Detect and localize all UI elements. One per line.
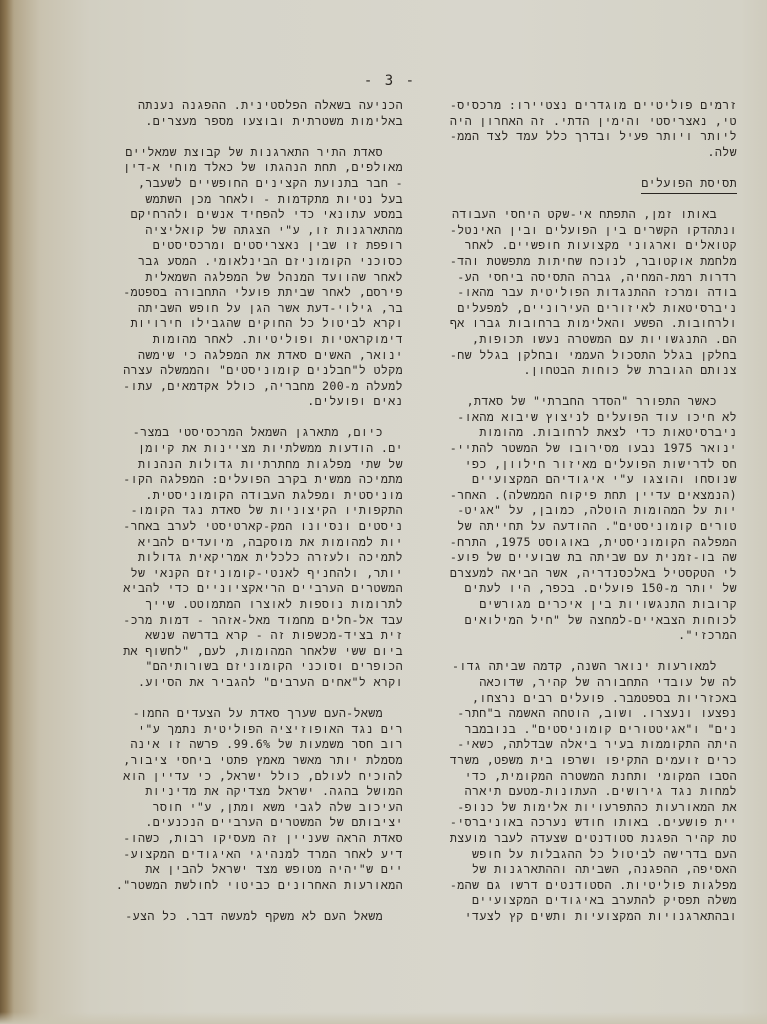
paragraph-line: העם בדרישה לביטול כל ההגבלות על חופש xyxy=(405,847,737,863)
paragraph-line: טת קהיר הפגנת סטודנטים שצעדה לעבר מועצת xyxy=(405,831,737,847)
paragraph-gap xyxy=(95,129,403,145)
paragraph-line: התקפותיו הקיצוניות של סאדת נגד הקומו- xyxy=(95,503,403,519)
paragraph-line: המפלגה הקומוניסטית, באוגוסט 1975, התרח- xyxy=(405,535,737,551)
paragraph-line: רופפת זו שבין נאצריסטים ומרכסיסטים xyxy=(95,238,403,254)
paragraph-line: כסוכני הקומוניזם הבינלאומי. המסע גבר xyxy=(95,254,403,270)
paragraph-line: משלה תפסיק להתערב באיגודים המקצועיים xyxy=(405,893,737,909)
paragraph-line: טורים קומוניסטים". ההודעה על תחייתה של xyxy=(405,519,737,535)
paragraph-line: שנוסחו והוצגו ע"י איגודיהם המקצועיים xyxy=(405,472,737,488)
paragraph-line: ביום ששי שלאחר המהומות, לעם, "לחשוף את xyxy=(95,644,403,660)
paragraph-line: לתמיכה ולעזרה כלכלית אמריקאית גדולות xyxy=(95,550,403,566)
paragraph-gap xyxy=(405,160,737,176)
paragraph-line: פירסם, לאחר שביתת פועלי התחבורה בספטמ- xyxy=(95,285,403,301)
section-heading-row: תסיסת הפועלים xyxy=(405,176,737,192)
paragraph-line: יים ש"יהיה מטופש מצד ישראל להבין את xyxy=(95,862,403,878)
paragraph-line: המרכזי". xyxy=(405,628,737,644)
page-bottom-edge xyxy=(0,1012,767,1024)
paragraph-line: שה בו-זמנית עם שביתה בת שבועיים של פוע- xyxy=(405,550,737,566)
paragraph-line: חס לדרישות הפועלים מאיזור חילוון, כפי xyxy=(405,457,737,473)
paragraph-line: להוכיח לעולם, כולל ישראל, כי עדיין הוא xyxy=(95,769,403,785)
paragraph-line: מאולפים, תחת הנהגתו של כאלד מוחי א-דין xyxy=(95,160,403,176)
paragraph-line: הסבו המקומי ותחנת המשטרה המקומית, כדי xyxy=(405,769,737,785)
paragraph-gap xyxy=(405,379,737,395)
intro-line: טי, נאצריסטי והימין הדתי. זה האחרון היה xyxy=(405,114,737,130)
paragraph-line: היתה התקוממות בעיר ביאלה שבדלתה, כשאי- xyxy=(405,737,737,753)
paragraph-line: ניברסיטאות כדי לצאת לרחובות. מהומות xyxy=(405,425,737,441)
paragraph-line: הכניעה בשאלה הפלסטינית. ההפגנה נענתה xyxy=(95,98,403,114)
paragraph-line: כרים זועמים התקיפו ושרפו בית משפט, משרד xyxy=(405,753,737,769)
paragraph-line: ינואר, האשים סאדת את המפלגה כי שימשה xyxy=(95,348,403,364)
paragraph-gap xyxy=(405,644,737,660)
paragraph-line: באלימות משטרתית ובוצעו מספר מעצרים. xyxy=(95,114,403,130)
paragraph-line: לא חיכו עוד הפועלים לניצוץ שיבוא מהאו- xyxy=(405,410,737,426)
paragraph-line: בחלקן בגלל התסכול העממי ובחלקן בגלל שח- xyxy=(405,348,737,364)
paragraph-line: למאורעות ינואר השנה, קדמה שביתה גדו- xyxy=(405,659,737,675)
paragraph-line: באותו זמן, התפתח אי-שקט היחסי העבודה xyxy=(405,207,737,223)
paragraph-line: האסיפה, ההפגנה, השביתה וההתארגנות של xyxy=(405,862,737,878)
intro-line: שלה. xyxy=(405,145,737,161)
paragraph-line: מפלגות פוליטיות. הסטודנטים דרשו גם שהמ- xyxy=(405,878,737,894)
paragraph-line: יות על המהומות הוטלה, כמובן, על "אגיט- xyxy=(405,503,737,519)
paragraph-line: קרובות התנגשויות בין איכרים מגורשים xyxy=(405,597,737,613)
paragraph-line: ינואר 1975 נבעו מסירובו של המשטר להתיי- xyxy=(405,441,737,457)
paragraph-line: של שתי מפלגות מחתרתיות גדולות הנהנות xyxy=(95,457,403,473)
paragraph-line: דימוקראטיות ופוליטיות. לאחר מהומות xyxy=(95,332,403,348)
paragraph-line: מוניסטית ומפלגת העבודה הקומוניסטית. xyxy=(95,488,403,504)
paragraph-line: ולרחובות. הפשע והאלימות ברחובות גברו אף xyxy=(405,316,737,332)
paragraph-line: המושל בהגה. ישראל מצדיקה את מדיניות xyxy=(95,784,403,800)
paragraph-line: לתרומות נוספות לאוצרו המתמוטט. שייך xyxy=(95,597,403,613)
paragraph-line: סאדת הראה שעניין זה מעסיקו רבות, כשהו- xyxy=(95,831,403,847)
paragraph-line: ובהתארגנויות המקצועיות ותשים קץ לצעדי xyxy=(405,909,737,925)
paragraph-line: את המאורעות כהתפרעויות אלימות של כנופ- xyxy=(405,800,737,816)
paragraph-line: במסע עתונאי כדי להפחיד אנשים ולהרחיקם xyxy=(95,207,403,223)
paragraph-line: רים נגד האופוזיציה הפוליטית נתמך ע"י xyxy=(95,722,403,738)
paragraph-line: הכופרים וסוכני הקומוניזם בשורותיהם" xyxy=(95,659,403,675)
paragraph-line: נפצעו ונעצרו. ושוב, הוטחה האשמה ב"חתר- xyxy=(405,706,737,722)
left-column: הכניעה בשאלה הפלסטינית. ההפגנה נענתהבאלי… xyxy=(95,98,403,924)
paragraph-line: מסמלת יותר מאשר מאמץ פתטי ביחסי ציבור, xyxy=(95,753,403,769)
paragraph-line: נאים ופועלים. xyxy=(95,394,403,410)
paragraph-line: ניסטים ונסיונו המק-קארטיסטי לערב באחר- xyxy=(95,519,403,535)
paragraph-line: ניברסיטאות לאיזורים העירוניים, למפעלים xyxy=(405,301,737,317)
paragraph-line: העיכוב שלה לגבי משא ומתן, ע"י חוסר xyxy=(95,800,403,816)
right-column: זרמים פוליטיים מוגדרים נצטיירו: מרכסיס-ט… xyxy=(405,98,737,924)
paragraph-line: צנותם הגוברת של כוחות הבטחון. xyxy=(405,363,737,379)
paragraph-line: סאדת התיר התארגנות של קבוצת שמאליים xyxy=(95,145,403,161)
paragraph-line: כאשר התפורר "הסדר החברתי" של סאדת, xyxy=(405,394,737,410)
paragraph-gap xyxy=(405,192,737,208)
paragraph-line: משאל-העם שערך סאדת על הצעדים החמו- xyxy=(95,706,403,722)
paragraph-line: - חבר בתנועת הקצינים החופשיים לשעבר, xyxy=(95,176,403,192)
paragraph-line: ונתהדקו הקשרים בין הפועלים ובין האינטל- xyxy=(405,223,737,239)
intro-line: ליותר ויותר פעיל ובדרך כלל עמד לצד הממ- xyxy=(405,129,737,145)
paragraph-line: זית בציד-מכשפות זה - קרא בדרשה שנשא xyxy=(95,628,403,644)
paragraph-line: באכזריות בספטמבר. פועלים רבים נרצחו, xyxy=(405,691,737,707)
paragraph-line: וקרא לביטול כל החוקים שהגבילו חירויות xyxy=(95,316,403,332)
paragraph-line: לאחר שהוועד המנהל של המפלגה השמאלית xyxy=(95,270,403,286)
paragraph-line: יות למהומות את מוסקבה, מיועדים להביא xyxy=(95,535,403,551)
page-number: - 3 - xyxy=(360,73,420,89)
paragraph-line: יותר, ולהחניף לאנטי-קומוניזם הקנאי של xyxy=(95,566,403,582)
paragraph-line: מלחמת אוקטובר, לנוכח שחיתות מתפשטת והד- xyxy=(405,254,737,270)
intro-line: זרמים פוליטיים מוגדרים נצטיירו: מרכסיס- xyxy=(405,98,737,114)
paragraph-line: נים" ו"אגיטטורים קומוניסטים". בנובמבר xyxy=(405,722,737,738)
paragraph-line: ים. הודעות ממשלתיות מציינות את קיומן xyxy=(95,441,403,457)
paragraph-line: וקרא ל"אחים הערבים" להגביר את הסיוע. xyxy=(95,675,403,691)
paragraph-line: בודה ומרכז ההתנגדות הפוליטית עבר מהאו- xyxy=(405,285,737,301)
paragraph-line: לכוחות הצבאיים-למחצה של "חיל המילואים xyxy=(405,613,737,629)
paragraph-line: מקלט ל"חבלנים קומוניסטים" והממשלה עצרה xyxy=(95,363,403,379)
paragraph-line: מהתארגנות זו, ע"י הצגתה של קואליציה xyxy=(95,223,403,239)
paragraph-line: לה של עובדי התחבורה של קהיר, שדוכאה xyxy=(405,675,737,691)
paragraph-line: של יותר מ-150 פועלים. בכפר, היו לעתים xyxy=(405,581,737,597)
section-heading: תסיסת הפועלים xyxy=(641,176,737,194)
paragraph-gap xyxy=(95,893,403,909)
paragraph-line: בעל נטיות מתקדמות - ולאחר מכן השתמש xyxy=(95,192,403,208)
paragraph-line: רדרות רמת-המחיה, גברה התסיסה ביחסי הע- xyxy=(405,270,737,286)
paragraph-line: המאורעות האחרונים כביטוי לחולשת המשטר". xyxy=(95,878,403,894)
paragraph-line: המשטרים הערביים הריאקציוניים כדי להביא xyxy=(95,581,403,597)
paragraph-line: מתמיכה ממשית בקרב הפועלים: המפלגה הקו- xyxy=(95,472,403,488)
paragraph-gap xyxy=(95,410,403,426)
paragraph-line: יציבותם של המשטרים הערביים הנכנעים. xyxy=(95,815,403,831)
paragraph-line: דיע לאחר המרד למנהיגי האיגודים המקצוע- xyxy=(95,847,403,863)
paragraph-line: למחות נגד גירושים. העתונות-מטעם תיארה xyxy=(405,784,737,800)
paragraph-line: (הנמצאים עדיין תחת פיקוח הממשלה). האחר- xyxy=(405,488,737,504)
paragraph-line: רוב חסר משמעות של 99.6%. פרשה זו אינה xyxy=(95,737,403,753)
paragraph-line: כיום, מתארגן השמאל המרכסיסטי במצר- xyxy=(95,425,403,441)
paragraph-line: קטואלים וארגוני מקצועות חופשיים. לאחר xyxy=(405,238,737,254)
paragraph-line: עבד אל-חלים מחמוד מאל-אזהר - דמות מרכ- xyxy=(95,613,403,629)
paragraph-line: הם. התנגשויות עם המשטרה נעשו תכופות, xyxy=(405,332,737,348)
paragraph-gap xyxy=(95,691,403,707)
paragraph-line: בר, גילוי-דעת אשר הגן על חופש השביתה xyxy=(95,301,403,317)
paragraph-line: למעלה מ-200 מחבריה, כולל אקדמאים, עתו- xyxy=(95,379,403,395)
paragraph-line: משאל העם לא משקף למעשה דבר. כל הצע- xyxy=(95,909,403,925)
paragraph-line: לי הטקסטיל באלכסנדריה, אשר הביאה למעצרם xyxy=(405,566,737,582)
paragraph-line: יית פושעים. באותו חודש נערכה באוניברסי- xyxy=(405,815,737,831)
